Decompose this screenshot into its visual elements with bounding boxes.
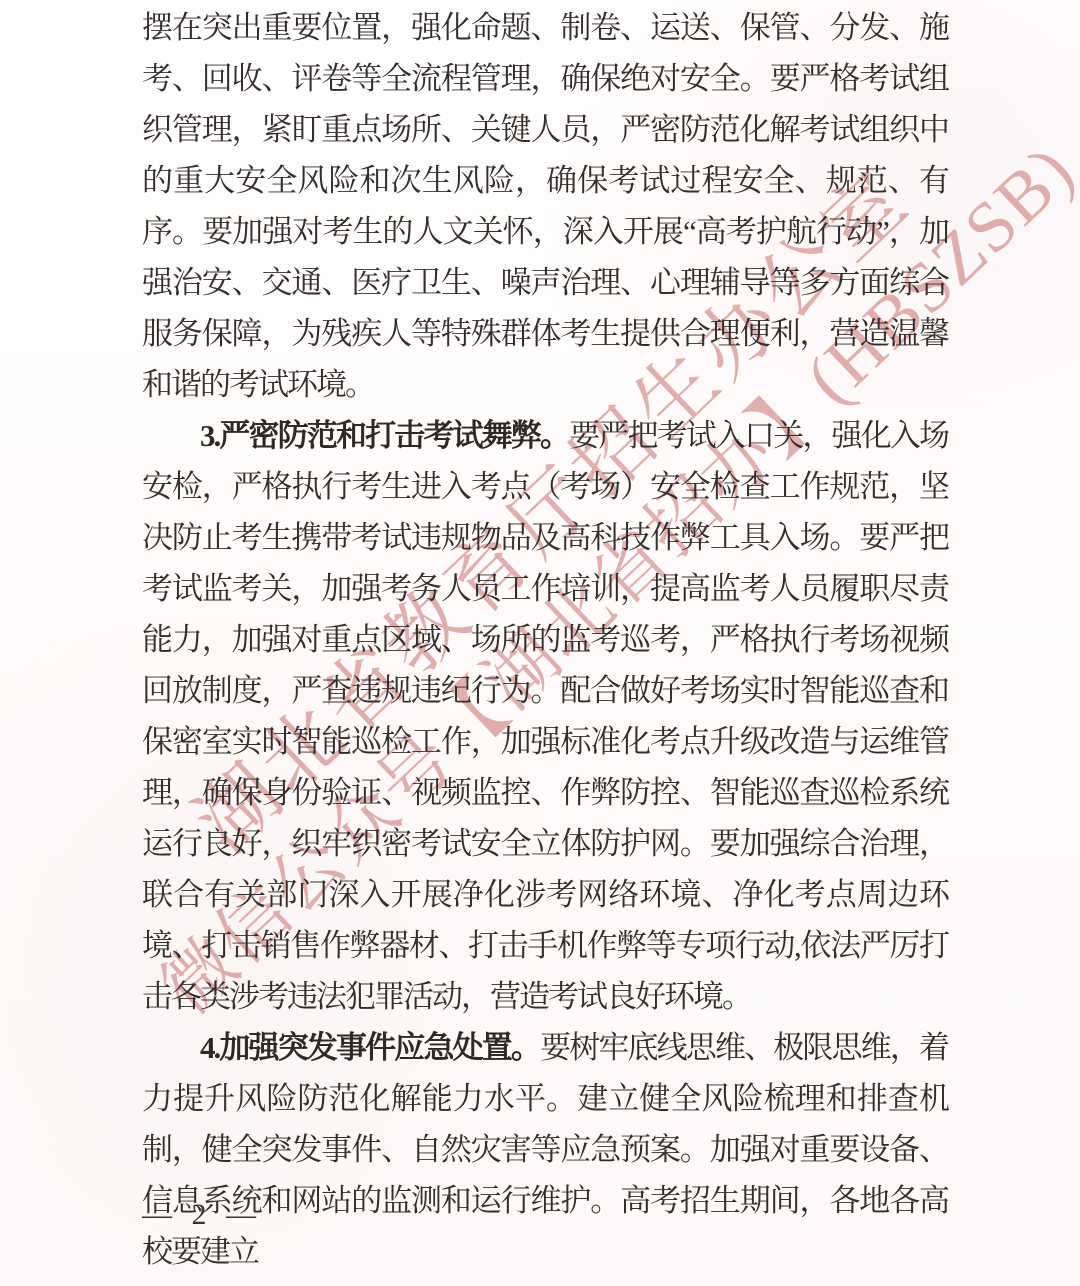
paragraph-text: 要严把考试入口关，强化入场安检，严格执行考生进入考点（考场）安全检查工作规范，坚… bbox=[142, 418, 948, 1014]
page-number: — 2 — bbox=[142, 1198, 262, 1232]
document-page: 湖北省教育厅招生办公室 微信公众号【湖北省招办】(HBSZSB) 摆在突出重要位… bbox=[0, 0, 1080, 1286]
paragraph-item-4: 4.加强突发事件应急处置。要树牢底线思维、极限思维，着力提升风险防范化解能力水平… bbox=[142, 1022, 948, 1277]
paragraph-text: 要树牢底线思维、极限思维，着力提升风险防范化解能力水平。建立健全风险梳理和排查机… bbox=[142, 1030, 948, 1269]
paragraph-continuation: 摆在突出重要位置，强化命题、制卷、运送、保管、分发、施考、回收、评卷等全流程管理… bbox=[142, 2, 948, 410]
paragraph-lead: 4.加强突发事件应急处置。 bbox=[200, 1030, 540, 1065]
paragraph-text: 摆在突出重要位置，强化命题、制卷、运送、保管、分发、施考、回收、评卷等全流程管理… bbox=[142, 10, 948, 402]
document-body: 摆在突出重要位置，强化命题、制卷、运送、保管、分发、施考、回收、评卷等全流程管理… bbox=[142, 2, 948, 1277]
paragraph-item-3: 3.严密防范和打击考试舞弊。要严把考试入口关，强化入场安检，严格执行考生进入考点… bbox=[142, 410, 948, 1022]
paragraph-lead: 3.严密防范和打击考试舞弊。 bbox=[200, 418, 569, 453]
